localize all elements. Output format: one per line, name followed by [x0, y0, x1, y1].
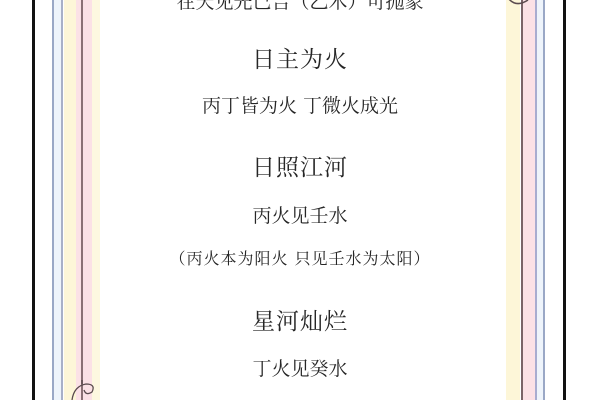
heading-starry-river: 星河灿烂 [100, 303, 500, 336]
pink-band-left [76, 0, 92, 400]
text-ding-fire-gui-water: 丁火见癸水 [100, 354, 500, 381]
heading-day-master-fire: 日主为火 [100, 41, 500, 74]
text-panel: 在天见先已吉（乙木）可抛象 日主为火 丙丁皆为火 丁微火成光 日照江河 丙火见壬… [100, 0, 500, 400]
yellow-band-left-2 [92, 0, 100, 400]
text-bing-ding-fire: 丙丁皆为火 丁微火成光 [100, 91, 500, 118]
brown-line-left [81, 0, 83, 400]
curl-ornament-bottom-left [68, 380, 104, 400]
heading-sun-on-river: 日照江河 [100, 149, 500, 182]
yellow-band-right [506, 0, 520, 400]
blue-line-left-2 [61, 0, 63, 400]
yellow-band-left [64, 0, 76, 400]
text-bing-fire-ren-water: 丙火见壬水 [100, 201, 500, 228]
curl-ornament-top-right [506, 0, 534, 8]
outer-border-left [32, 0, 35, 400]
blue-line-right-2 [543, 0, 545, 400]
note-bing-fire: （丙火本为阳火 只见壬水为太阳） [100, 246, 500, 269]
outer-border-right [563, 0, 566, 400]
pink-band-right [523, 0, 535, 400]
partial-top-line: 在天见先已吉（乙木）可抛象 [100, 0, 500, 14]
